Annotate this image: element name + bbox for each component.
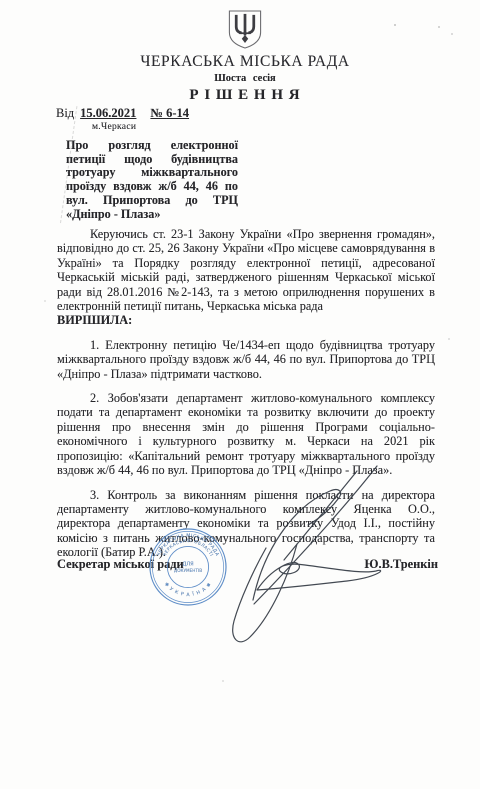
resolution-body: Керуючись ст. 23-1 Закону України «Про з… xyxy=(57,227,435,560)
resolved-heading: ВИРІШИЛА: xyxy=(57,313,435,327)
document-header: ЧЕРКАСЬКА МІСЬКА РАДА Шоста сесія Р І Ш … xyxy=(0,10,480,104)
city-name: м.Черкаси xyxy=(92,122,189,132)
date-value: 15.06.2021 xyxy=(80,106,136,120)
signoff-row: Секретар міської ради Ю.В.Тренкін xyxy=(57,557,438,572)
resolution-item-2: 2. Зобов'язати департамент житлово-комун… xyxy=(57,391,435,477)
document-page: ЧЕРКАСЬКА МІСЬКА РАДА Шоста сесія Р І Ш … xyxy=(0,0,480,789)
scan-noise-specks xyxy=(394,24,396,26)
number-label: № xyxy=(150,106,163,120)
number-value: 6-14 xyxy=(166,106,189,120)
official-round-stamp: ЧЕРКАСЬКА МІСЬКА РАДА ЧЕРКАСЬКОЇ ОБЛАСТІ… xyxy=(147,526,229,608)
tryzub-coat-of-arms-icon xyxy=(228,10,262,49)
stamp-ring-text-bottom: ✱ У К Р А Ї Н А ✱ xyxy=(163,581,213,598)
date-label: Від xyxy=(56,106,74,120)
doc-type-title: Р І Ш Е Н Н Я xyxy=(10,87,480,104)
resolution-item-3: 3. Контроль за виконанням рішення поклас… xyxy=(57,488,435,560)
resolution-item-1: 1. Електронну петицію Че/1434-еп щодо бу… xyxy=(57,338,435,381)
signoff-name: Ю.В.Тренкін xyxy=(365,557,438,572)
stamp-center-text-line1: ДЛЯ xyxy=(182,562,193,568)
session-title: Шоста сесія xyxy=(10,73,480,84)
subject-paragraph: Про розгляд електронної петиції щодо буд… xyxy=(66,139,238,221)
preamble-paragraph: Керуючись ст. 23-1 Закону України «Про з… xyxy=(57,227,435,313)
doc-number: № 6-14 xyxy=(150,106,189,120)
stamp-center-text-line2: ДОКУМЕНТІВ xyxy=(174,568,202,573)
org-name: ЧЕРКАСЬКА МІСЬКА РАДА xyxy=(10,53,480,71)
